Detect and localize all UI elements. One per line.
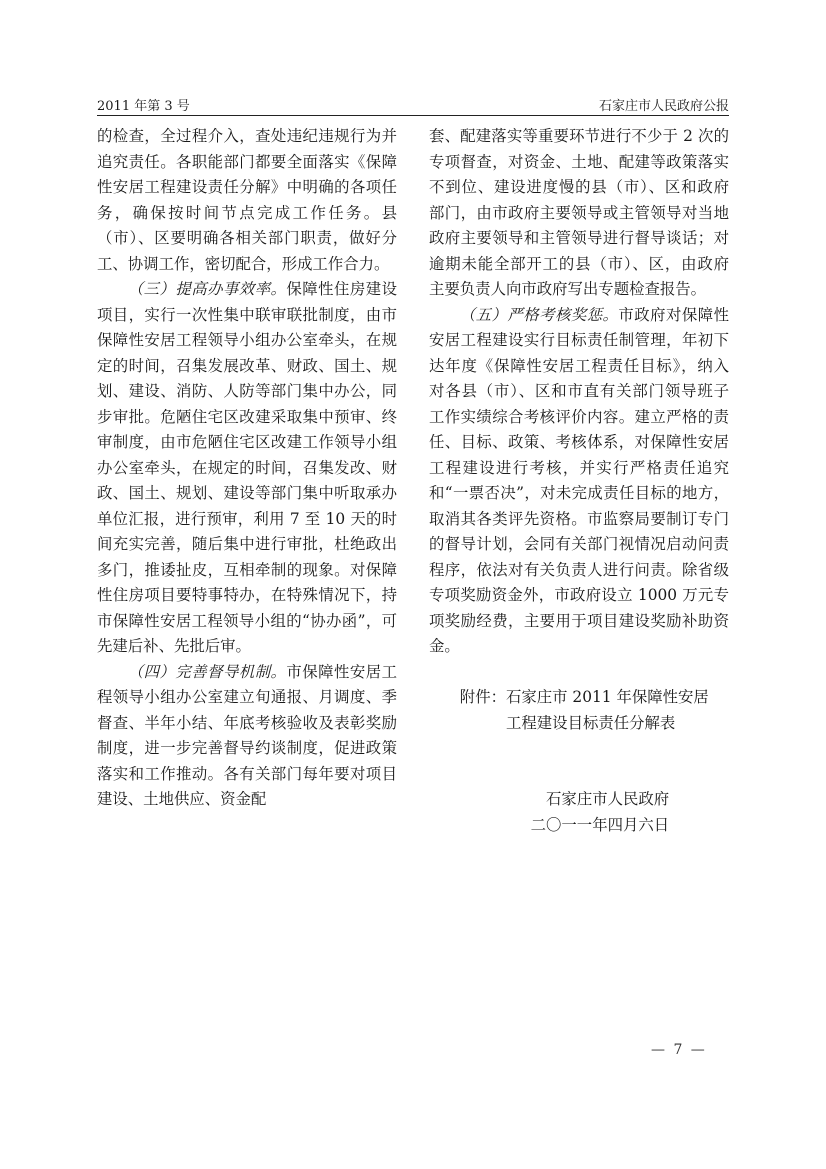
attachment-line-2: 工程建设目标责任分解表 [429, 711, 729, 737]
signature-block: 石家庄市人民政府 二〇一一年四月六日 [429, 787, 729, 838]
section-heading: （四）完善督导机制。 [128, 663, 287, 681]
attachment-note: 附件：石家庄市 2011 年保障性安居 工程建设目标责任分解表 [429, 685, 729, 736]
running-header: 2011 年第 3 号 石家庄市人民政府公报 [97, 93, 729, 116]
paragraph-section-5: （五）严格考核奖惩。市政府对保障性安居工程建设实行目标责任制管理，年初下达年度《… [429, 303, 729, 660]
signature-org: 石家庄市人民政府 [429, 787, 729, 813]
left-column: 的检查，全过程介入，查处违纪违规行为并追究责任。各职能部门都要全面落实《保障性安… [97, 124, 397, 813]
paragraph-section-4: （四）完善督导机制。市保障性安居工程领导小组办公室建立旬通报、月调度、季督查、半… [97, 660, 397, 813]
paragraph-section-3: （三）提高办事效率。保障性住房建设项目，实行一次性集中联审联批制度，由市保障性安… [97, 277, 397, 660]
publication-title: 石家庄市人民政府公报 [599, 95, 729, 114]
section-body: 保障性住房建设项目，实行一次性集中联审联批制度，由市保障性安居工程领导小组办公室… [97, 280, 397, 655]
section-heading: （三）提高办事效率。 [128, 280, 287, 298]
paragraph-continued: 的检查，全过程介入，查处违纪违规行为并追究责任。各职能部门都要全面落实《保障性安… [97, 124, 397, 277]
section-heading: （五）严格考核奖惩。 [460, 306, 619, 324]
paragraph-continued: 套、配建落实等重要环节进行不少于 2 次的专项督查，对资金、土地、配建等政策落实… [429, 124, 729, 303]
right-column: 套、配建落实等重要环节进行不少于 2 次的专项督查，对资金、土地、配建等政策落实… [429, 124, 729, 838]
section-body: 市保障性安居工程领导小组办公室建立旬通报、月调度、季督查、半年小结、年底考核验收… [97, 663, 397, 809]
attachment-line-1: 附件：石家庄市 2011 年保障性安居 [429, 685, 729, 711]
page-number: — 7 — [651, 1042, 707, 1058]
issue-label: 2011 年第 3 号 [97, 95, 190, 114]
signature-date: 二〇一一年四月六日 [429, 813, 729, 839]
section-body: 市政府对保障性安居工程建设实行目标责任制管理，年初下达年度《保障性安居工程责任目… [429, 306, 729, 656]
